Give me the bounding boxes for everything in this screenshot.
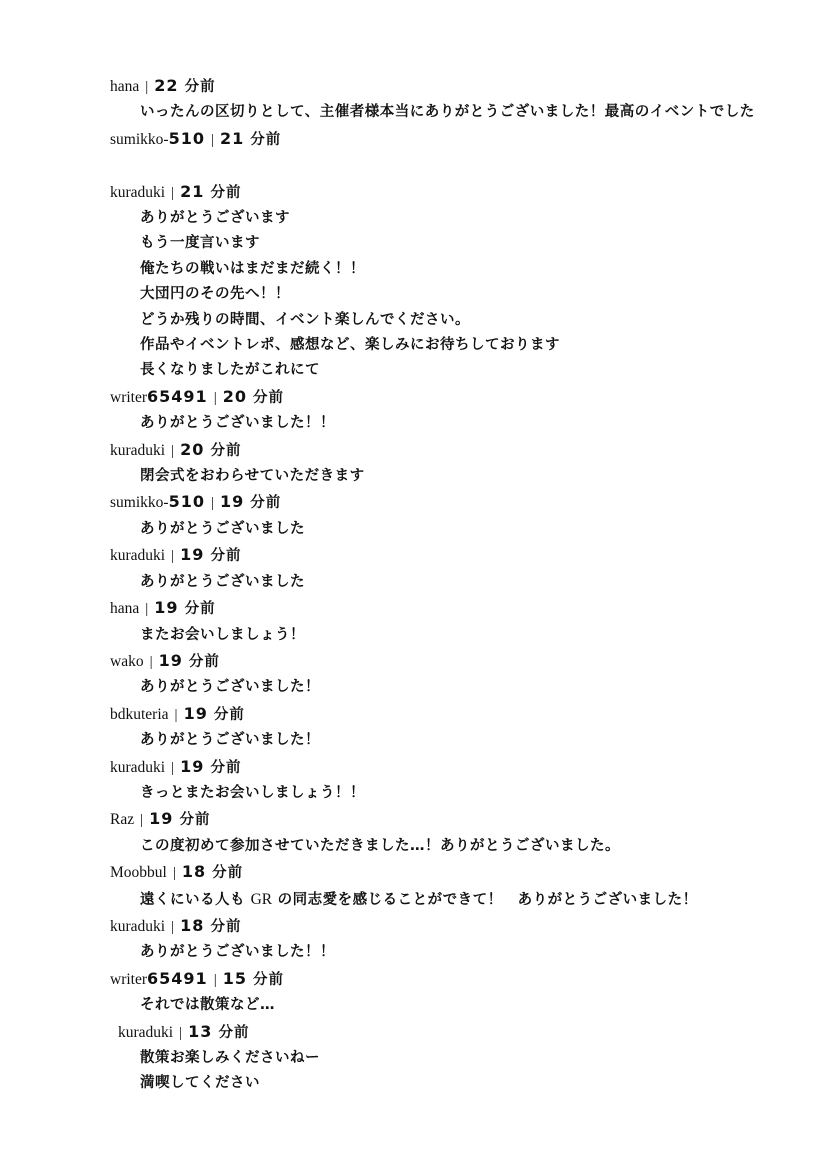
- separator: |: [211, 132, 214, 148]
- chat-message: この度初めて参加させていただきました…！ありがとうございました。: [140, 834, 776, 859]
- chat-message: ありがとうございました: [140, 517, 776, 542]
- separator: |: [171, 919, 174, 935]
- separator: |: [140, 812, 143, 828]
- separator: |: [171, 760, 174, 776]
- timestamp: 20 分前: [223, 390, 284, 406]
- chat-entry-header: hana|22 分前: [110, 73, 776, 100]
- separator: |: [211, 495, 214, 511]
- chat-entry-header: kuraduki|19 分前: [110, 754, 776, 781]
- chat-message: ありがとうございます: [140, 206, 776, 231]
- username: wako: [110, 653, 144, 670]
- chat-message: いったんの区切りとして、主催者様本当にありがとうございました！最高のイベントでし…: [140, 100, 776, 125]
- chat-message: 遠くにいる人も GR の同志愛を感じることができて！ ありがとうございました！: [140, 887, 776, 913]
- username: bdkuteria: [110, 706, 169, 723]
- username: kuraduki: [110, 759, 165, 776]
- separator: |: [171, 548, 174, 564]
- chat-entry: kuraduki|18 分前ありがとうございました！！: [110, 913, 776, 966]
- timestamp: 19 分前: [184, 707, 245, 723]
- chat-message: ありがとうございました！！: [140, 411, 776, 436]
- chat-entry-header: writer65491|15 分前: [110, 966, 776, 993]
- username: hana: [110, 78, 139, 95]
- chat-message: 俺たちの戦いはまだまだ続く！！: [140, 257, 776, 282]
- chat-entry: writer65491|15 分前それでは散策など…: [110, 966, 776, 1019]
- chat-entry-header: writer65491|20 分前: [110, 384, 776, 411]
- chat-entry-header: sumikko-510|19 分前: [110, 489, 776, 516]
- timestamp: 22 分前: [154, 79, 215, 95]
- chat-message: 長くなりましたがこれにて: [140, 358, 776, 383]
- separator: |: [214, 390, 217, 406]
- chat-entry: Raz|19 分前この度初めて参加させていただきました…！ありがとうございました…: [110, 806, 776, 859]
- timestamp: 20 分前: [180, 443, 241, 459]
- chat-message: 大団円のその先へ！！: [140, 282, 776, 307]
- username: hana: [110, 600, 139, 617]
- chat-message: どうか残りの時間、イベント楽しんでください。: [140, 308, 776, 333]
- chat-message: 作品やイベントレポ、感想など、楽しみにお待ちしております: [140, 333, 776, 358]
- username: sumikko-510: [110, 131, 205, 148]
- chat-message: ありがとうございました！！: [140, 940, 776, 965]
- separator: |: [171, 443, 174, 459]
- chat-entry: kuraduki|20 分前閉会式をおわらせていただきます: [110, 437, 776, 490]
- chat-entry: sumikko-510|21 分前: [110, 126, 776, 179]
- chat-entry: Moobbul|18 分前遠くにいる人も GR の同志愛を感じることができて！ …: [110, 859, 776, 913]
- timestamp: 19 分前: [220, 495, 281, 511]
- chat-message: それでは散策など…: [140, 993, 776, 1018]
- chat-message: きっとまたお会いしましょう！！: [140, 781, 776, 806]
- timestamp: 15 分前: [223, 972, 284, 988]
- chat-entry: kuraduki|19 分前ありがとうございました: [110, 542, 776, 595]
- timestamp: 21 分前: [180, 185, 241, 201]
- chat-message: ありがとうございました！: [140, 728, 776, 753]
- separator: |: [145, 601, 148, 617]
- separator: |: [145, 79, 148, 95]
- separator: |: [150, 654, 153, 670]
- separator: |: [173, 865, 176, 881]
- timestamp: 21 分前: [220, 132, 281, 148]
- chat-entry: bdkuteria|19 分前ありがとうございました！: [110, 701, 776, 754]
- chat-message: ありがとうございました: [140, 570, 776, 595]
- chat-message: 満喫してください: [140, 1071, 776, 1096]
- username: kuraduki: [110, 918, 165, 935]
- chat-entry-header: kuraduki|20 分前: [110, 437, 776, 464]
- chat-message: 散策お楽しみくださいねー: [140, 1046, 776, 1071]
- separator: |: [175, 707, 178, 723]
- timestamp: 13 分前: [188, 1025, 249, 1041]
- chat-entry: kuraduki|13 分前散策お楽しみくださいねー満喫してください: [110, 1019, 776, 1097]
- separator: |: [171, 185, 174, 201]
- chat-entry-header: kuraduki|19 分前: [110, 542, 776, 569]
- username: sumikko-510: [110, 494, 205, 511]
- chat-message: もう一度言います: [140, 231, 776, 256]
- chat-entry-header: Moobbul|18 分前: [110, 859, 776, 886]
- timestamp: 19 分前: [180, 548, 241, 564]
- chat-entry-header: Raz|19 分前: [110, 806, 776, 833]
- separator: |: [214, 972, 217, 988]
- timestamp: 19 分前: [159, 654, 220, 670]
- timestamp: 19 分前: [149, 812, 210, 828]
- username: kuraduki: [110, 442, 165, 459]
- chat-entry-header: sumikko-510|21 分前: [110, 126, 776, 153]
- chat-message: ありがとうございました！: [140, 675, 776, 700]
- chat-entry-header: kuraduki|21 分前: [110, 179, 776, 206]
- chat-entry: hana|22 分前いったんの区切りとして、主催者様本当にありがとうございました…: [110, 73, 776, 126]
- timestamp: 19 分前: [180, 760, 241, 776]
- username: kuraduki: [118, 1024, 173, 1041]
- username: Raz: [110, 811, 134, 828]
- chat-entry: writer65491|20 分前ありがとうございました！！: [110, 384, 776, 437]
- chat-entry-header: bdkuteria|19 分前: [110, 701, 776, 728]
- chat-log-page: hana|22 分前いったんの区切りとして、主催者様本当にありがとうございました…: [0, 0, 826, 1169]
- username: writer65491: [110, 389, 208, 406]
- chat-entry: kuraduki|19 分前きっとまたお会いしましょう！！: [110, 754, 776, 807]
- chat-entry-header: wako|19 分前: [110, 648, 776, 675]
- chat-entry: wako|19 分前ありがとうございました！: [110, 648, 776, 701]
- timestamp: 19 分前: [154, 601, 215, 617]
- chat-message: またお会いしましょう！: [140, 623, 776, 648]
- chat-entry: kuraduki|21 分前ありがとうございますもう一度言います俺たちの戦いはま…: [110, 179, 776, 384]
- chat-entry-header: kuraduki|18 分前: [110, 913, 776, 940]
- chat-message: [140, 153, 776, 178]
- username: kuraduki: [110, 184, 165, 201]
- chat-entry: hana|19 分前またお会いしましょう！: [110, 595, 776, 648]
- timestamp: 18 分前: [182, 865, 243, 881]
- username: kuraduki: [110, 547, 165, 564]
- chat-entry-header: hana|19 分前: [110, 595, 776, 622]
- chat-log: hana|22 分前いったんの区切りとして、主催者様本当にありがとうございました…: [0, 0, 826, 1097]
- username: writer65491: [110, 971, 208, 988]
- chat-entry-header: kuraduki|13 分前: [110, 1019, 776, 1046]
- separator: |: [179, 1025, 182, 1041]
- username: Moobbul: [110, 864, 167, 881]
- timestamp: 18 分前: [180, 919, 241, 935]
- chat-entry: sumikko-510|19 分前ありがとうございました: [110, 489, 776, 542]
- chat-message: 閉会式をおわらせていただきます: [140, 464, 776, 489]
